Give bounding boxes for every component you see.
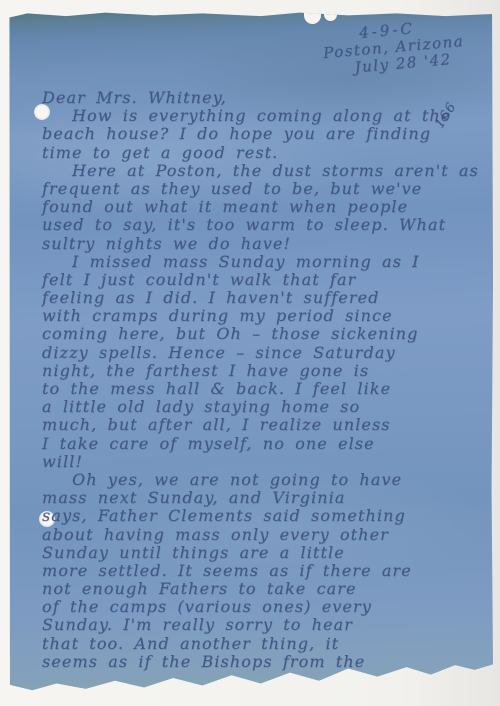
letter-line: beach house? I do hope you are finding	[42, 124, 472, 142]
letter-line: much, but after all, I realize unless	[42, 415, 472, 433]
letter-line: Sunday. I'm really sorry to hear	[42, 615, 472, 633]
paper-edge-chip	[324, 11, 337, 21]
letter-line: Sunday until things are a little	[42, 543, 472, 561]
letter-line: mass next Sunday, and Virginia	[42, 488, 472, 506]
letter-line: found out what it meant when people	[42, 197, 472, 215]
letter-line: coming here, but Oh – those sickening	[42, 324, 472, 342]
letter-line: frequent as they used to be, but we've	[42, 179, 472, 197]
letter-line: that too. And another thing, it	[42, 634, 472, 652]
paper-edge-chip	[304, 11, 321, 24]
letter-line: about having mass only every other	[42, 525, 472, 543]
letter-line: I missed mass Sunday morning as I	[42, 252, 472, 270]
letter-line: will!	[42, 452, 472, 470]
letter-body: Dear Mrs. Whitney, How is everything com…	[42, 88, 472, 670]
salutation: Dear Mrs. Whitney,	[42, 88, 472, 106]
letter-line: felt I just couldn't walk that far	[42, 270, 472, 288]
letter-line: seems as if the Bishops from the	[42, 652, 472, 670]
letter-line: with cramps during my period since	[42, 306, 472, 324]
letter-line: I take care of myself, no one else	[42, 434, 472, 452]
letter-line: to the mess hall & back. I feel like	[42, 379, 472, 397]
letter-line: dizzy spells. Hence – since Saturday	[42, 343, 472, 361]
letter-line: a little old lady staying home so	[42, 397, 472, 415]
letter-line: says, Father Clements said something	[42, 506, 472, 524]
letter-line: more settled. It seems as if there are	[42, 561, 472, 579]
letter-line: Oh yes, we are not going to have	[42, 470, 472, 488]
letter-paper: 4-9-C Poston, Arizona July 28 '42 166 De…	[8, 12, 494, 693]
letter-line: time to get a good rest.	[42, 143, 472, 161]
letter-line: How is everything coming along at the	[42, 106, 472, 124]
letter-line: used to say, it's too warm to sleep. Wha…	[42, 215, 472, 233]
letter-line: of the camps (various ones) every	[42, 597, 472, 615]
letter-line: feeling as I did. I haven't suffered	[42, 288, 472, 306]
letter-line: sultry nights we do have!	[42, 234, 472, 252]
letter-line: night, the farthest I have gone is	[42, 361, 472, 379]
letter-line: Here at Poston, the dust storms aren't a…	[42, 161, 472, 179]
letter-line: not enough Fathers to take care	[42, 579, 472, 597]
scan-background: 4-9-C Poston, Arizona July 28 '42 166 De…	[0, 0, 500, 706]
letter-header: 4-9-C Poston, Arizona July 28 '42	[321, 16, 466, 79]
